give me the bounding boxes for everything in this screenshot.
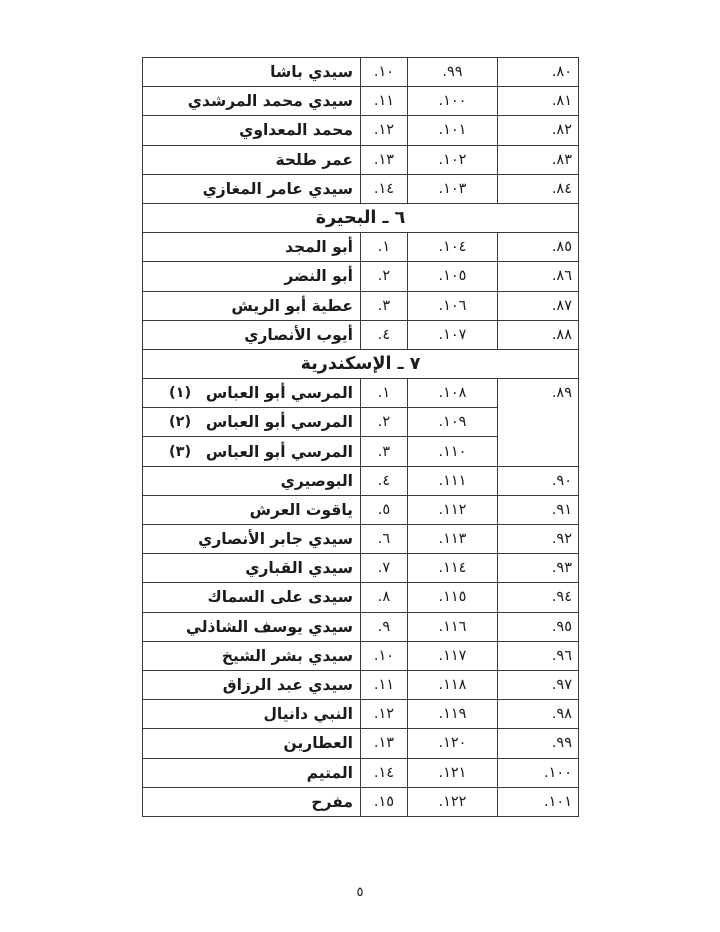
name-wrap: أيوب الأنصاري xyxy=(169,326,353,344)
overall-serial-cell: ١٠٠. xyxy=(498,758,579,787)
shrine-name: سيدي جابر الأنصاري xyxy=(198,530,353,548)
running-serial-cell: ١٠٨. xyxy=(408,379,498,408)
running-serial-cell: ١٢٠. xyxy=(408,729,498,758)
running-serial-cell: ١٠٩. xyxy=(408,408,498,437)
overall-serial-cell: ٨٣. xyxy=(498,145,579,174)
shrine-name-cell: محمد المعداوي xyxy=(143,116,361,145)
item-number-cell: ٢. xyxy=(361,262,408,291)
shrine-name-cell: المتيم xyxy=(143,758,361,787)
running-serial-cell: ١٢٢. xyxy=(408,787,498,816)
running-serial-cell: ١٠٥. xyxy=(408,262,498,291)
item-number-cell: ٣. xyxy=(361,437,408,466)
running-serial-cell: ١١٥. xyxy=(408,583,498,612)
table-row: ٩٩.١٢٠.١٣.العطارين xyxy=(143,729,579,758)
item-number-cell: ٣. xyxy=(361,291,408,320)
running-serial-cell: ١١٧. xyxy=(408,641,498,670)
running-serial-cell: ٩٩. xyxy=(408,58,498,87)
shrine-name-cell: سيدي جابر الأنصاري xyxy=(143,525,361,554)
shrine-name-cell: أبو النضر xyxy=(143,262,361,291)
table-row: ٨٠.٩٩.١٠.سيدي باشا xyxy=(143,58,579,87)
shrine-name: سيدى على السماك xyxy=(208,588,353,606)
table-row: ٨٩.١٠٨.١.المرسي أبو العباس(١) xyxy=(143,379,579,408)
shrine-name-cell: البوصيري xyxy=(143,466,361,495)
name-wrap: عطية أبو الريش xyxy=(169,297,353,315)
running-serial-cell: ١١٠. xyxy=(408,437,498,466)
shrine-name-cell: عمر طلحة xyxy=(143,145,361,174)
shrine-name: سيدي محمد المرشدي xyxy=(188,92,353,110)
name-wrap: سيدي عبد الرزاق xyxy=(169,676,353,694)
section-header-row: ٧ ـ الإسكندرية xyxy=(143,349,579,378)
overall-serial-cell: ٨٢. xyxy=(498,116,579,145)
shrine-name: النبي دانيال xyxy=(263,705,353,723)
shrine-name-cell: المرسي أبو العباس(٢) xyxy=(143,408,361,437)
table-row: ٨٣.١٠٢.١٣.عمر طلحة xyxy=(143,145,579,174)
table-row: ٨٧.١٠٦.٣.عطية أبو الريش xyxy=(143,291,579,320)
item-number-cell: ١٢. xyxy=(361,700,408,729)
shrine-name: سيدي القباري xyxy=(245,559,353,577)
shrine-name: سيدي بشر الشيخ xyxy=(222,647,353,665)
item-number-cell: ١٣. xyxy=(361,145,408,174)
table-row: ٨٥.١٠٤.١.أبو المجد xyxy=(143,233,579,262)
table-row: ٩٣.١١٤.٧.سيدي القباري xyxy=(143,554,579,583)
document-page: ٨٠.٩٩.١٠.سيدي باشا٨١.١٠٠.١١.سيدي محمد ال… xyxy=(0,0,720,932)
shrine-name: عمر طلحة xyxy=(275,151,353,169)
shrine-name-cell: سيدى على السماك xyxy=(143,583,361,612)
overall-serial-cell: ٨٧. xyxy=(498,291,579,320)
running-serial-cell: ١١٨. xyxy=(408,670,498,699)
name-wrap: المرسي أبو العباس(٢) xyxy=(169,413,353,431)
shrine-name: المرسي أبو العباس xyxy=(206,443,353,461)
overall-serial-cell: ٩٢. xyxy=(498,525,579,554)
item-number-cell: ١٤. xyxy=(361,758,408,787)
shrine-name: محمد المعداوي xyxy=(239,121,353,139)
shrine-name: ياقوت العرش xyxy=(250,501,353,519)
overall-serial-cell: ٩٧. xyxy=(498,670,579,699)
overall-serial-cell: ٩٦. xyxy=(498,641,579,670)
name-wrap: البوصيري xyxy=(169,472,353,490)
table-row: ٩٤.١١٥.٨.سيدى على السماك xyxy=(143,583,579,612)
name-wrap: سيدي محمد المرشدي xyxy=(169,92,353,110)
item-number-cell: ٢. xyxy=(361,408,408,437)
name-wrap: أبو المجد xyxy=(169,238,353,256)
table-row: ٩٠.١١١.٤.البوصيري xyxy=(143,466,579,495)
overall-serial-cell: ٩٠. xyxy=(498,466,579,495)
overall-serial-cell: ٨٥. xyxy=(498,233,579,262)
shrine-name-cell: سيدي باشا xyxy=(143,58,361,87)
shrine-name: أيوب الأنصاري xyxy=(244,326,353,344)
item-number-cell: ٥. xyxy=(361,495,408,524)
running-serial-cell: ١٠٧. xyxy=(408,320,498,349)
overall-serial-cell: ٨٠. xyxy=(498,58,579,87)
shrine-name: مفرح xyxy=(311,793,353,811)
shrine-name-cell: سيدي محمد المرشدي xyxy=(143,87,361,116)
name-wrap: سيدى على السماك xyxy=(169,588,353,606)
name-wrap: أبو النضر xyxy=(169,267,353,285)
table-row: ١٠١.١٢٢.١٥.مفرح xyxy=(143,787,579,816)
shrine-name: سيدي يوسف الشاذلي xyxy=(186,618,353,636)
table-row: ٩٢.١١٣.٦.سيدي جابر الأنصاري xyxy=(143,525,579,554)
shrine-name-cell: ياقوت العرش xyxy=(143,495,361,524)
name-wrap: ياقوت العرش xyxy=(169,501,353,519)
name-wrap: النبي دانيال xyxy=(169,705,353,723)
item-number-cell: ١٣. xyxy=(361,729,408,758)
table-row: ٩٧.١١٨.١١.سيدي عبد الرزاق xyxy=(143,670,579,699)
shrine-name-cell: النبي دانيال xyxy=(143,700,361,729)
overall-serial-cell: ٩١. xyxy=(498,495,579,524)
item-number-cell: ١٤. xyxy=(361,174,408,203)
running-serial-cell: ١٠١. xyxy=(408,116,498,145)
item-number-cell: ٨. xyxy=(361,583,408,612)
shrine-name: العطارين xyxy=(284,734,354,752)
shrine-name-cell: سيدي عامر المغازي xyxy=(143,174,361,203)
running-serial-cell: ١٢١. xyxy=(408,758,498,787)
item-number-cell: ٤. xyxy=(361,466,408,495)
item-number-cell: ١١. xyxy=(361,87,408,116)
table-row: ٩١.١١٢.٥.ياقوت العرش xyxy=(143,495,579,524)
shrine-name-cell: مفرح xyxy=(143,787,361,816)
table-row: ٩٨.١١٩.١٢.النبي دانيال xyxy=(143,700,579,729)
item-number-cell: ١. xyxy=(361,233,408,262)
item-number-cell: ١٢. xyxy=(361,116,408,145)
name-wrap: المرسي أبو العباس(١) xyxy=(169,384,353,402)
shrine-name: سيدي عبد الرزاق xyxy=(223,676,353,694)
running-serial-cell: ١١٩. xyxy=(408,700,498,729)
shrine-name: المتيم xyxy=(307,764,353,782)
running-serial-cell: ١١٢. xyxy=(408,495,498,524)
running-serial-cell: ١١١. xyxy=(408,466,498,495)
table-row: ٨٨.١٠٧.٤.أيوب الأنصاري xyxy=(143,320,579,349)
running-serial-cell: ١٠٦. xyxy=(408,291,498,320)
name-wrap: سيدي يوسف الشاذلي xyxy=(169,618,353,636)
overall-serial-cell: ٩٥. xyxy=(498,612,579,641)
shrine-name-note: (٣) xyxy=(169,444,191,460)
overall-serial-cell: ٨٩. xyxy=(498,379,579,467)
name-wrap: سيدي عامر المغازي xyxy=(169,180,353,198)
running-serial-cell: ١١٣. xyxy=(408,525,498,554)
overall-serial-cell: ٩٩. xyxy=(498,729,579,758)
overall-serial-cell: ٨٨. xyxy=(498,320,579,349)
table-row: ٨١.١٠٠.١١.سيدي محمد المرشدي xyxy=(143,87,579,116)
shrine-name-cell: سيدي عبد الرزاق xyxy=(143,670,361,699)
shrine-name: أبو النضر xyxy=(284,267,353,285)
table-row: ٩٥.١١٦.٩.سيدي يوسف الشاذلي xyxy=(143,612,579,641)
overall-serial-cell: ٨٦. xyxy=(498,262,579,291)
item-number-cell: ٦. xyxy=(361,525,408,554)
shrine-name-cell: المرسي أبو العباس(١) xyxy=(143,379,361,408)
shrine-name: سيدي عامر المغازي xyxy=(203,180,353,198)
item-number-cell: ٤. xyxy=(361,320,408,349)
overall-serial-cell: ٩٨. xyxy=(498,700,579,729)
name-wrap: عمر طلحة xyxy=(169,151,353,169)
shrine-name-cell: سيدي يوسف الشاذلي xyxy=(143,612,361,641)
shrine-name-cell: سيدي القباري xyxy=(143,554,361,583)
shrine-name: أبو المجد xyxy=(285,238,353,256)
item-number-cell: ١٠. xyxy=(361,641,408,670)
shrine-name-cell: عطية أبو الريش xyxy=(143,291,361,320)
running-serial-cell: ١٠٢. xyxy=(408,145,498,174)
shrine-name: سيدي باشا xyxy=(270,63,353,81)
shrine-table: ٨٠.٩٩.١٠.سيدي باشا٨١.١٠٠.١١.سيدي محمد ال… xyxy=(142,57,579,817)
shrine-name-note: (١) xyxy=(169,385,191,401)
shrine-name: المرسي أبو العباس xyxy=(206,384,353,402)
shrine-name-cell: المرسي أبو العباس(٣) xyxy=(143,437,361,466)
section-title: ٦ ـ البحيرة xyxy=(143,203,579,232)
name-wrap: سيدي باشا xyxy=(169,63,353,81)
table-row: ١٠٠.١٢١.١٤.المتيم xyxy=(143,758,579,787)
name-wrap: المتيم xyxy=(169,764,353,782)
shrine-name-cell: أبو المجد xyxy=(143,233,361,262)
section-header-row: ٦ ـ البحيرة xyxy=(143,203,579,232)
section-title: ٧ ـ الإسكندرية xyxy=(143,349,579,378)
shrine-name: عطية أبو الريش xyxy=(231,297,353,315)
shrine-name-cell: العطارين xyxy=(143,729,361,758)
table-row: ٨٦.١٠٥.٢.أبو النضر xyxy=(143,262,579,291)
running-serial-cell: ١٠٤. xyxy=(408,233,498,262)
table-row: ٨٤.١٠٣.١٤.سيدي عامر المغازي xyxy=(143,174,579,203)
item-number-cell: ١. xyxy=(361,379,408,408)
overall-serial-cell: ٨١. xyxy=(498,87,579,116)
name-wrap: المرسي أبو العباس(٣) xyxy=(169,443,353,461)
page-number: ٥ xyxy=(0,885,720,900)
name-wrap: سيدي القباري xyxy=(169,559,353,577)
running-serial-cell: ١٠٣. xyxy=(408,174,498,203)
name-wrap: سيدي بشر الشيخ xyxy=(169,647,353,665)
shrine-name-cell: سيدي بشر الشيخ xyxy=(143,641,361,670)
overall-serial-cell: ٩٤. xyxy=(498,583,579,612)
overall-serial-cell: ٩٣. xyxy=(498,554,579,583)
overall-serial-cell: ٨٤. xyxy=(498,174,579,203)
table-row: ٩٦.١١٧.١٠.سيدي بشر الشيخ xyxy=(143,641,579,670)
name-wrap: العطارين xyxy=(169,734,353,752)
item-number-cell: ١١. xyxy=(361,670,408,699)
shrine-table-body: ٨٠.٩٩.١٠.سيدي باشا٨١.١٠٠.١١.سيدي محمد ال… xyxy=(143,58,579,817)
item-number-cell: ١٠. xyxy=(361,58,408,87)
shrine-name: البوصيري xyxy=(281,472,353,490)
shrine-name: المرسي أبو العباس xyxy=(206,413,353,431)
running-serial-cell: ١١٤. xyxy=(408,554,498,583)
overall-serial-cell: ١٠١. xyxy=(498,787,579,816)
name-wrap: محمد المعداوي xyxy=(169,121,353,139)
running-serial-cell: ١٠٠. xyxy=(408,87,498,116)
item-number-cell: ٧. xyxy=(361,554,408,583)
shrine-name-note: (٢) xyxy=(169,414,191,430)
table-row: ٨٢.١٠١.١٢.محمد المعداوي xyxy=(143,116,579,145)
name-wrap: سيدي جابر الأنصاري xyxy=(169,530,353,548)
name-wrap: مفرح xyxy=(169,793,353,811)
running-serial-cell: ١١٦. xyxy=(408,612,498,641)
item-number-cell: ٩. xyxy=(361,612,408,641)
shrine-name-cell: أيوب الأنصاري xyxy=(143,320,361,349)
item-number-cell: ١٥. xyxy=(361,787,408,816)
